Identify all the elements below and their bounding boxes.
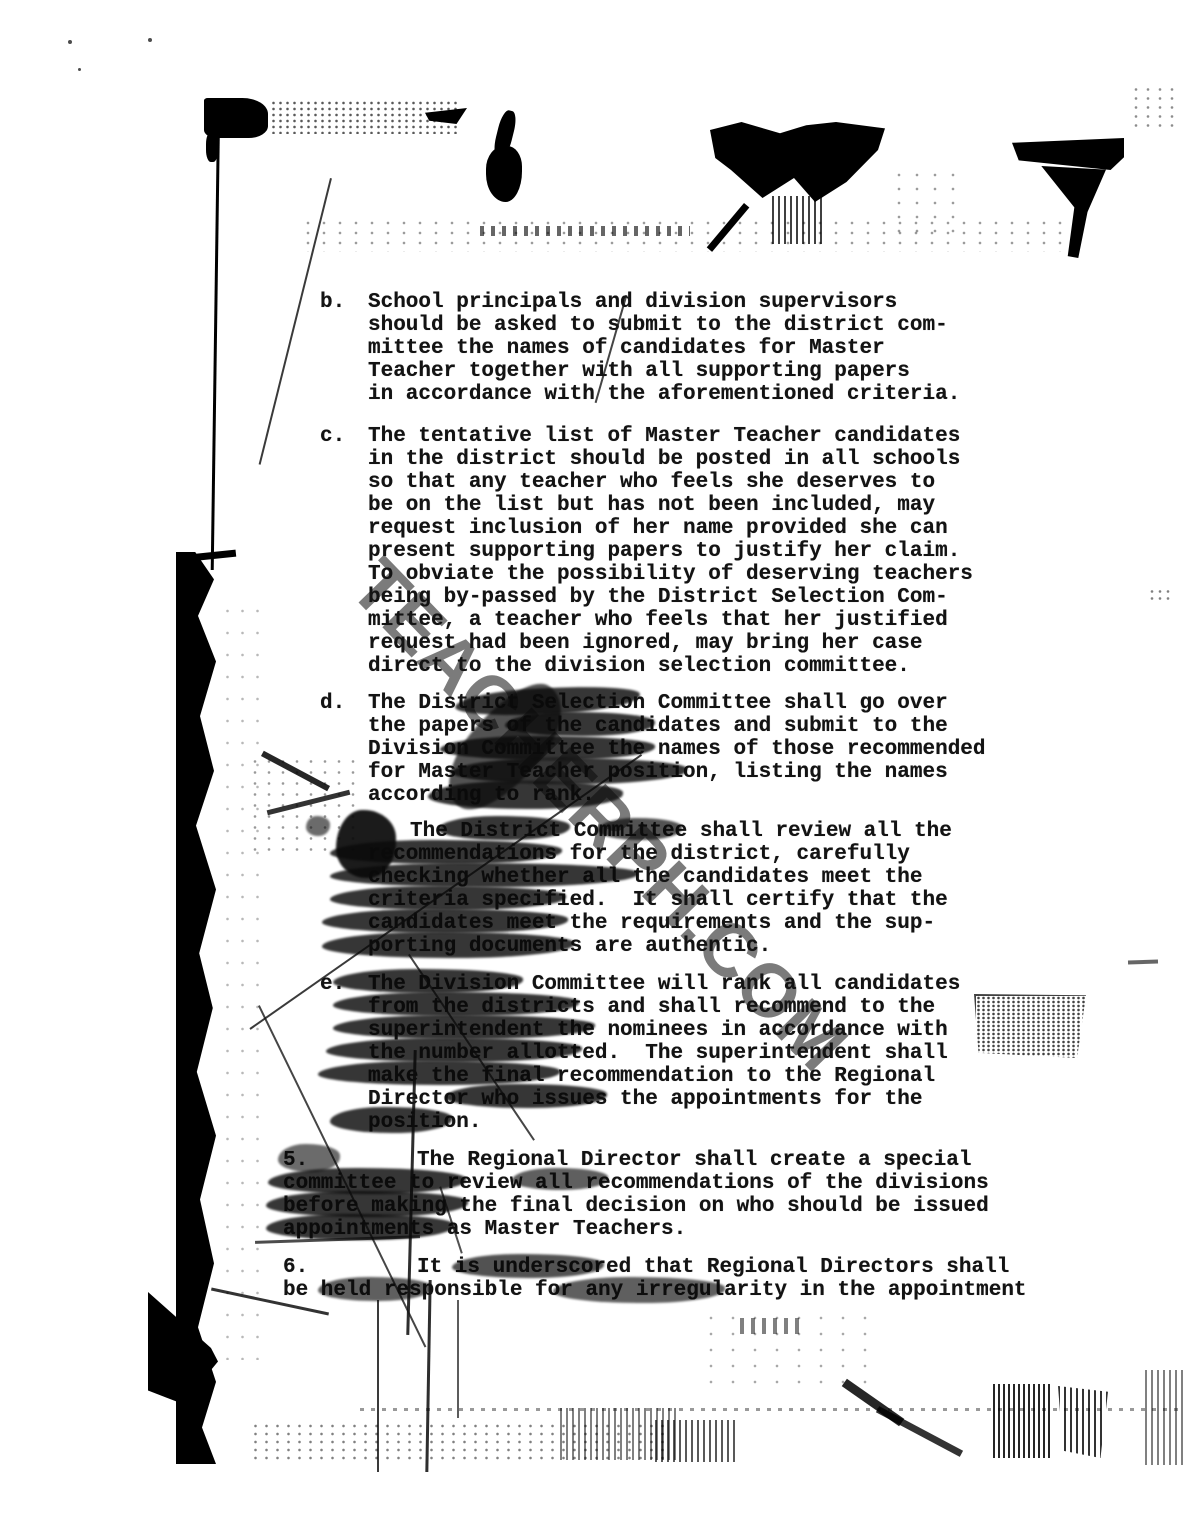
scan-speckles <box>300 218 1080 252</box>
ink-smudge <box>452 1254 604 1278</box>
paragraph-b: b. School principals and division superv… <box>320 291 960 406</box>
ink-smudge <box>322 909 568 933</box>
item-label-b: b. <box>320 291 345 314</box>
ink-blob <box>1012 138 1124 170</box>
text-line: direct to the division selection committ… <box>368 655 973 678</box>
scan-dot <box>78 68 81 71</box>
ink-smudge <box>318 1277 432 1301</box>
scan-dashes <box>360 1408 1180 1411</box>
text-line: position. <box>368 1111 960 1134</box>
text-line: in the district should be posted in all … <box>368 448 973 471</box>
text-line: being by-passed by the District Selectio… <box>368 586 973 609</box>
ink-smudge <box>266 1191 468 1217</box>
ink-smudge <box>330 886 566 910</box>
text-line: the papers of the candidates and submit … <box>368 715 986 738</box>
ink-smudge <box>330 1107 452 1133</box>
ink-stroke <box>876 1406 963 1457</box>
paragraph-c: c. The tentative list of Master Teacher … <box>320 425 973 678</box>
item-label-c: c. <box>320 425 345 448</box>
text-line: Teacher together with all supporting pap… <box>368 360 960 383</box>
text-line: be on the list but has not been included… <box>368 494 973 517</box>
scan-speckles <box>1148 588 1174 602</box>
ink-smudge <box>553 1277 725 1303</box>
crease-line <box>457 1300 459 1418</box>
ink-smudge <box>333 969 523 993</box>
ink-blob <box>710 122 885 202</box>
scan-speckles <box>1130 85 1180 130</box>
ink-smudge <box>333 992 579 1016</box>
paragraph-c-lines: The tentative list of Master Teacher can… <box>368 425 973 678</box>
scan-speckles <box>220 600 270 1360</box>
item-label-d: d. <box>320 692 345 715</box>
item-label-6: 6. <box>283 1256 308 1279</box>
text-line: so that any teacher who feels she deserv… <box>368 471 973 494</box>
ink-smudge <box>322 932 574 958</box>
ink-smudge <box>512 1168 608 1190</box>
text-line: To obviate the possibility of deserving … <box>368 563 973 586</box>
text-line: The tentative list of Master Teacher can… <box>368 425 973 448</box>
ink-smudge <box>318 1061 560 1085</box>
text-line: present supporting papers to justify her… <box>368 540 973 563</box>
scan-edge-line <box>211 100 221 570</box>
text-line: request had been ignored, may bring her … <box>368 632 973 655</box>
scan-dot <box>148 38 152 42</box>
text-line: should be asked to submit to the distric… <box>368 314 960 337</box>
ink-blob <box>486 146 522 202</box>
ink-smudge <box>438 816 570 840</box>
scan-dashes <box>480 226 690 236</box>
scan-dash <box>1128 959 1158 964</box>
scan-streaks <box>1145 1370 1187 1465</box>
text-line: School principals and division superviso… <box>368 291 960 314</box>
text-line: mittee the names of candidates for Maste… <box>368 337 960 360</box>
ink-smudge <box>326 1038 582 1062</box>
ink-smudge <box>330 840 562 864</box>
ink-smudge <box>266 1214 454 1240</box>
text-line: It is underscored that Regional Director… <box>283 1256 1027 1279</box>
text-line: in accordance with the aforementioned cr… <box>368 383 960 406</box>
ink-smudge <box>598 818 682 840</box>
scan-streaks <box>655 1420 735 1462</box>
ink-smudge <box>445 1084 607 1108</box>
scan-dashes <box>740 1318 800 1334</box>
paragraph-b-lines: School principals and division superviso… <box>368 291 960 406</box>
ink-smudge <box>333 1015 595 1039</box>
text-line: mittee, a teacher who feels that her jus… <box>368 609 973 632</box>
ink-smudge <box>330 863 638 887</box>
ink-drips <box>772 196 822 244</box>
ink-smudge <box>306 816 330 836</box>
scan-noise-box <box>974 994 1086 1058</box>
scan-streaks <box>1058 1386 1108 1458</box>
text-line: request inclusion of her name provided s… <box>368 517 973 540</box>
scan-dot <box>68 40 72 44</box>
scan-streaks <box>993 1384 1053 1458</box>
